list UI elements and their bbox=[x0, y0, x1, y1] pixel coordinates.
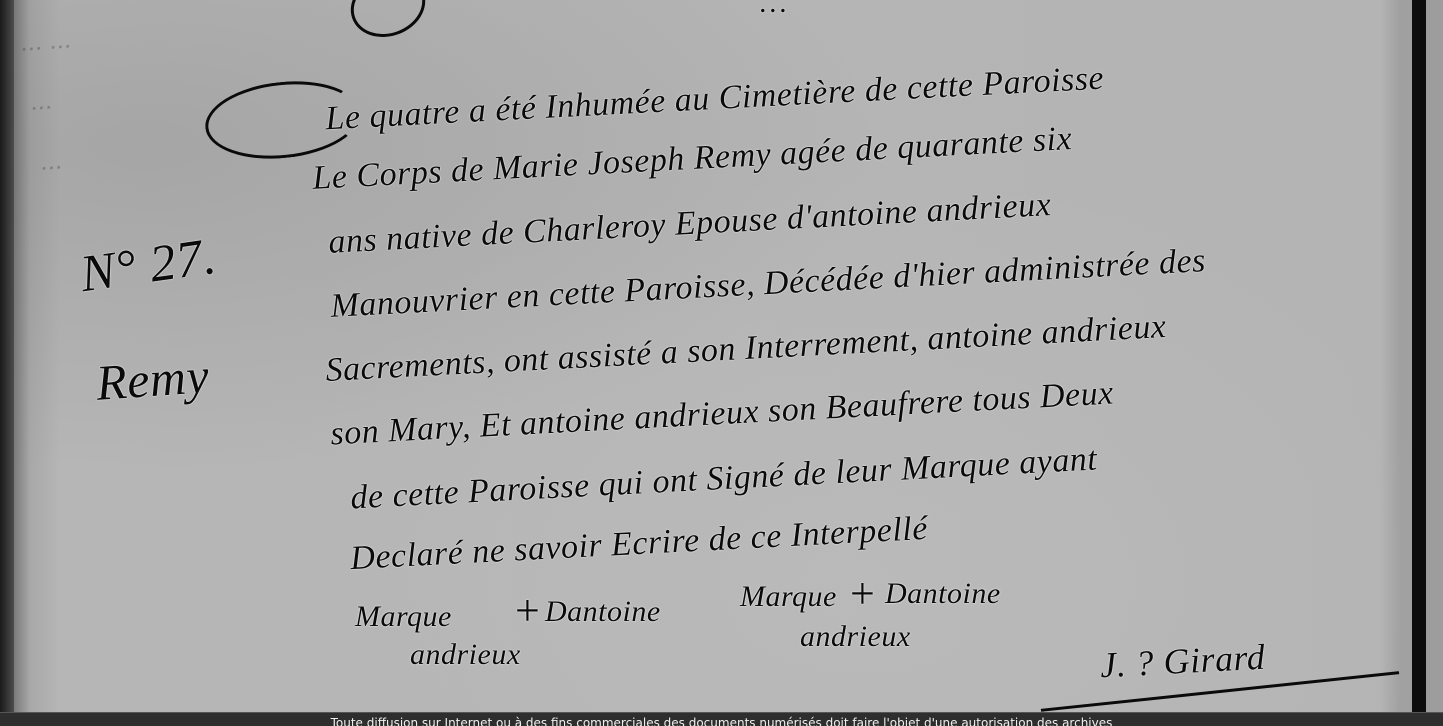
bleedthrough-text: … bbox=[29, 89, 53, 115]
signature-marker: Marque bbox=[355, 600, 452, 634]
copyright-notice: Toute diffusion sur Internet ou à des fi… bbox=[331, 716, 1113, 726]
record-line-7: de cette Paroisse qui ont Signé de leur … bbox=[350, 440, 1099, 517]
top-fragment-text: … bbox=[760, 0, 787, 20]
signature-surname: andrieux bbox=[800, 620, 911, 654]
scanned-register-page: … … … … … N° 27. Remy Le quatre a été In… bbox=[0, 0, 1443, 726]
top-flourish bbox=[342, 0, 434, 47]
margin-surname: Remy bbox=[94, 346, 211, 412]
page-binding-edge bbox=[0, 0, 14, 726]
record-line-3: ans native de Charleroy Epouse d'antoine… bbox=[328, 186, 1053, 262]
signature-marker: Marque bbox=[740, 580, 837, 614]
page-right-strip bbox=[1426, 0, 1443, 712]
signature-name: Dantoine bbox=[545, 595, 661, 629]
record-line-8: Declaré ne savoir Ecrire de ce Interpell… bbox=[349, 510, 928, 578]
record-line-6: son Mary, Et antoine andrieux son Beaufr… bbox=[330, 375, 1115, 454]
priest-signature: J. ? Girard bbox=[1099, 636, 1266, 687]
signature-surname: andrieux bbox=[410, 638, 521, 672]
cross-mark-icon: + bbox=[850, 568, 875, 619]
bleedthrough-text: … … bbox=[19, 28, 72, 56]
cross-mark-icon: + bbox=[515, 585, 540, 636]
signature-name: Dantoine bbox=[885, 577, 1001, 611]
bleedthrough-text: … bbox=[39, 149, 63, 175]
entry-number: N° 27. bbox=[77, 227, 220, 304]
margin-rule-line bbox=[1412, 0, 1426, 712]
copyright-banner: Toute diffusion sur Internet ou à des fi… bbox=[0, 712, 1443, 726]
